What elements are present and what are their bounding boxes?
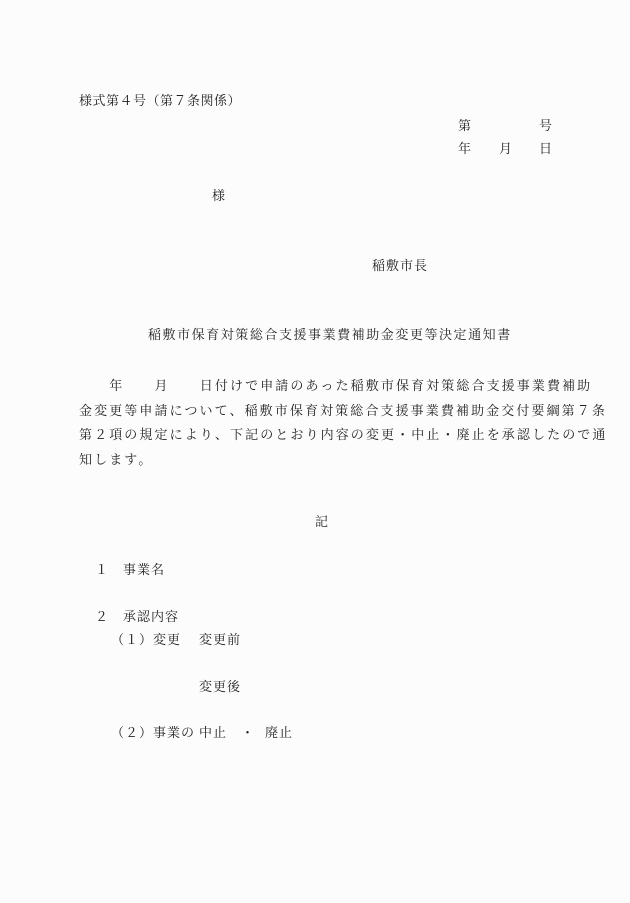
ki-heading: 記 (315, 515, 328, 531)
body-line: 知します。 (79, 449, 554, 474)
doc-no-prefix: 第 (458, 119, 471, 135)
doc-no-suffix: 号 (539, 119, 552, 135)
sub-item-change: （１）変更 (111, 633, 181, 649)
body-line: 金変更等申請について、稲敷市保育対策総合支援事業費補助金交付要綱第７条 (79, 400, 554, 425)
change-after-label: 変更後 (199, 680, 241, 696)
body-line: 第２項の規定により、下記のとおり内容の変更・中止・廃止を承認したので通 (79, 424, 554, 449)
abolish-label: 廃止 (265, 726, 293, 742)
separator-dot: ・ (241, 726, 255, 742)
sub-item-business: （２）事業の (111, 726, 195, 742)
change-before-label: 変更前 (199, 633, 241, 649)
body-line: 年 月 日付けで申請のあった稲敷市保育対策総合支援事業費補助 (79, 375, 554, 400)
date-day: 日 (539, 142, 552, 158)
sender: 稲敷市長 (372, 259, 428, 275)
item-number: ２ (95, 610, 108, 626)
item-number: １ (95, 563, 108, 579)
date-year: 年 (458, 142, 471, 158)
stop-label: 中止 (199, 726, 227, 742)
date-month: 月 (499, 142, 512, 158)
document-title: 稲敷市保育対策総合支援事業費補助金変更等決定通知書 (148, 328, 512, 344)
item-label: 承認内容 (123, 610, 179, 626)
form-number: 様式第４号（第７条関係） (79, 94, 241, 110)
recipient: 様 (212, 189, 225, 205)
item-label: 事業名 (123, 563, 165, 579)
body-paragraph: 年 月 日付けで申請のあった稲敷市保育対策総合支援事業費補助 金変更等申請につい… (79, 375, 554, 473)
